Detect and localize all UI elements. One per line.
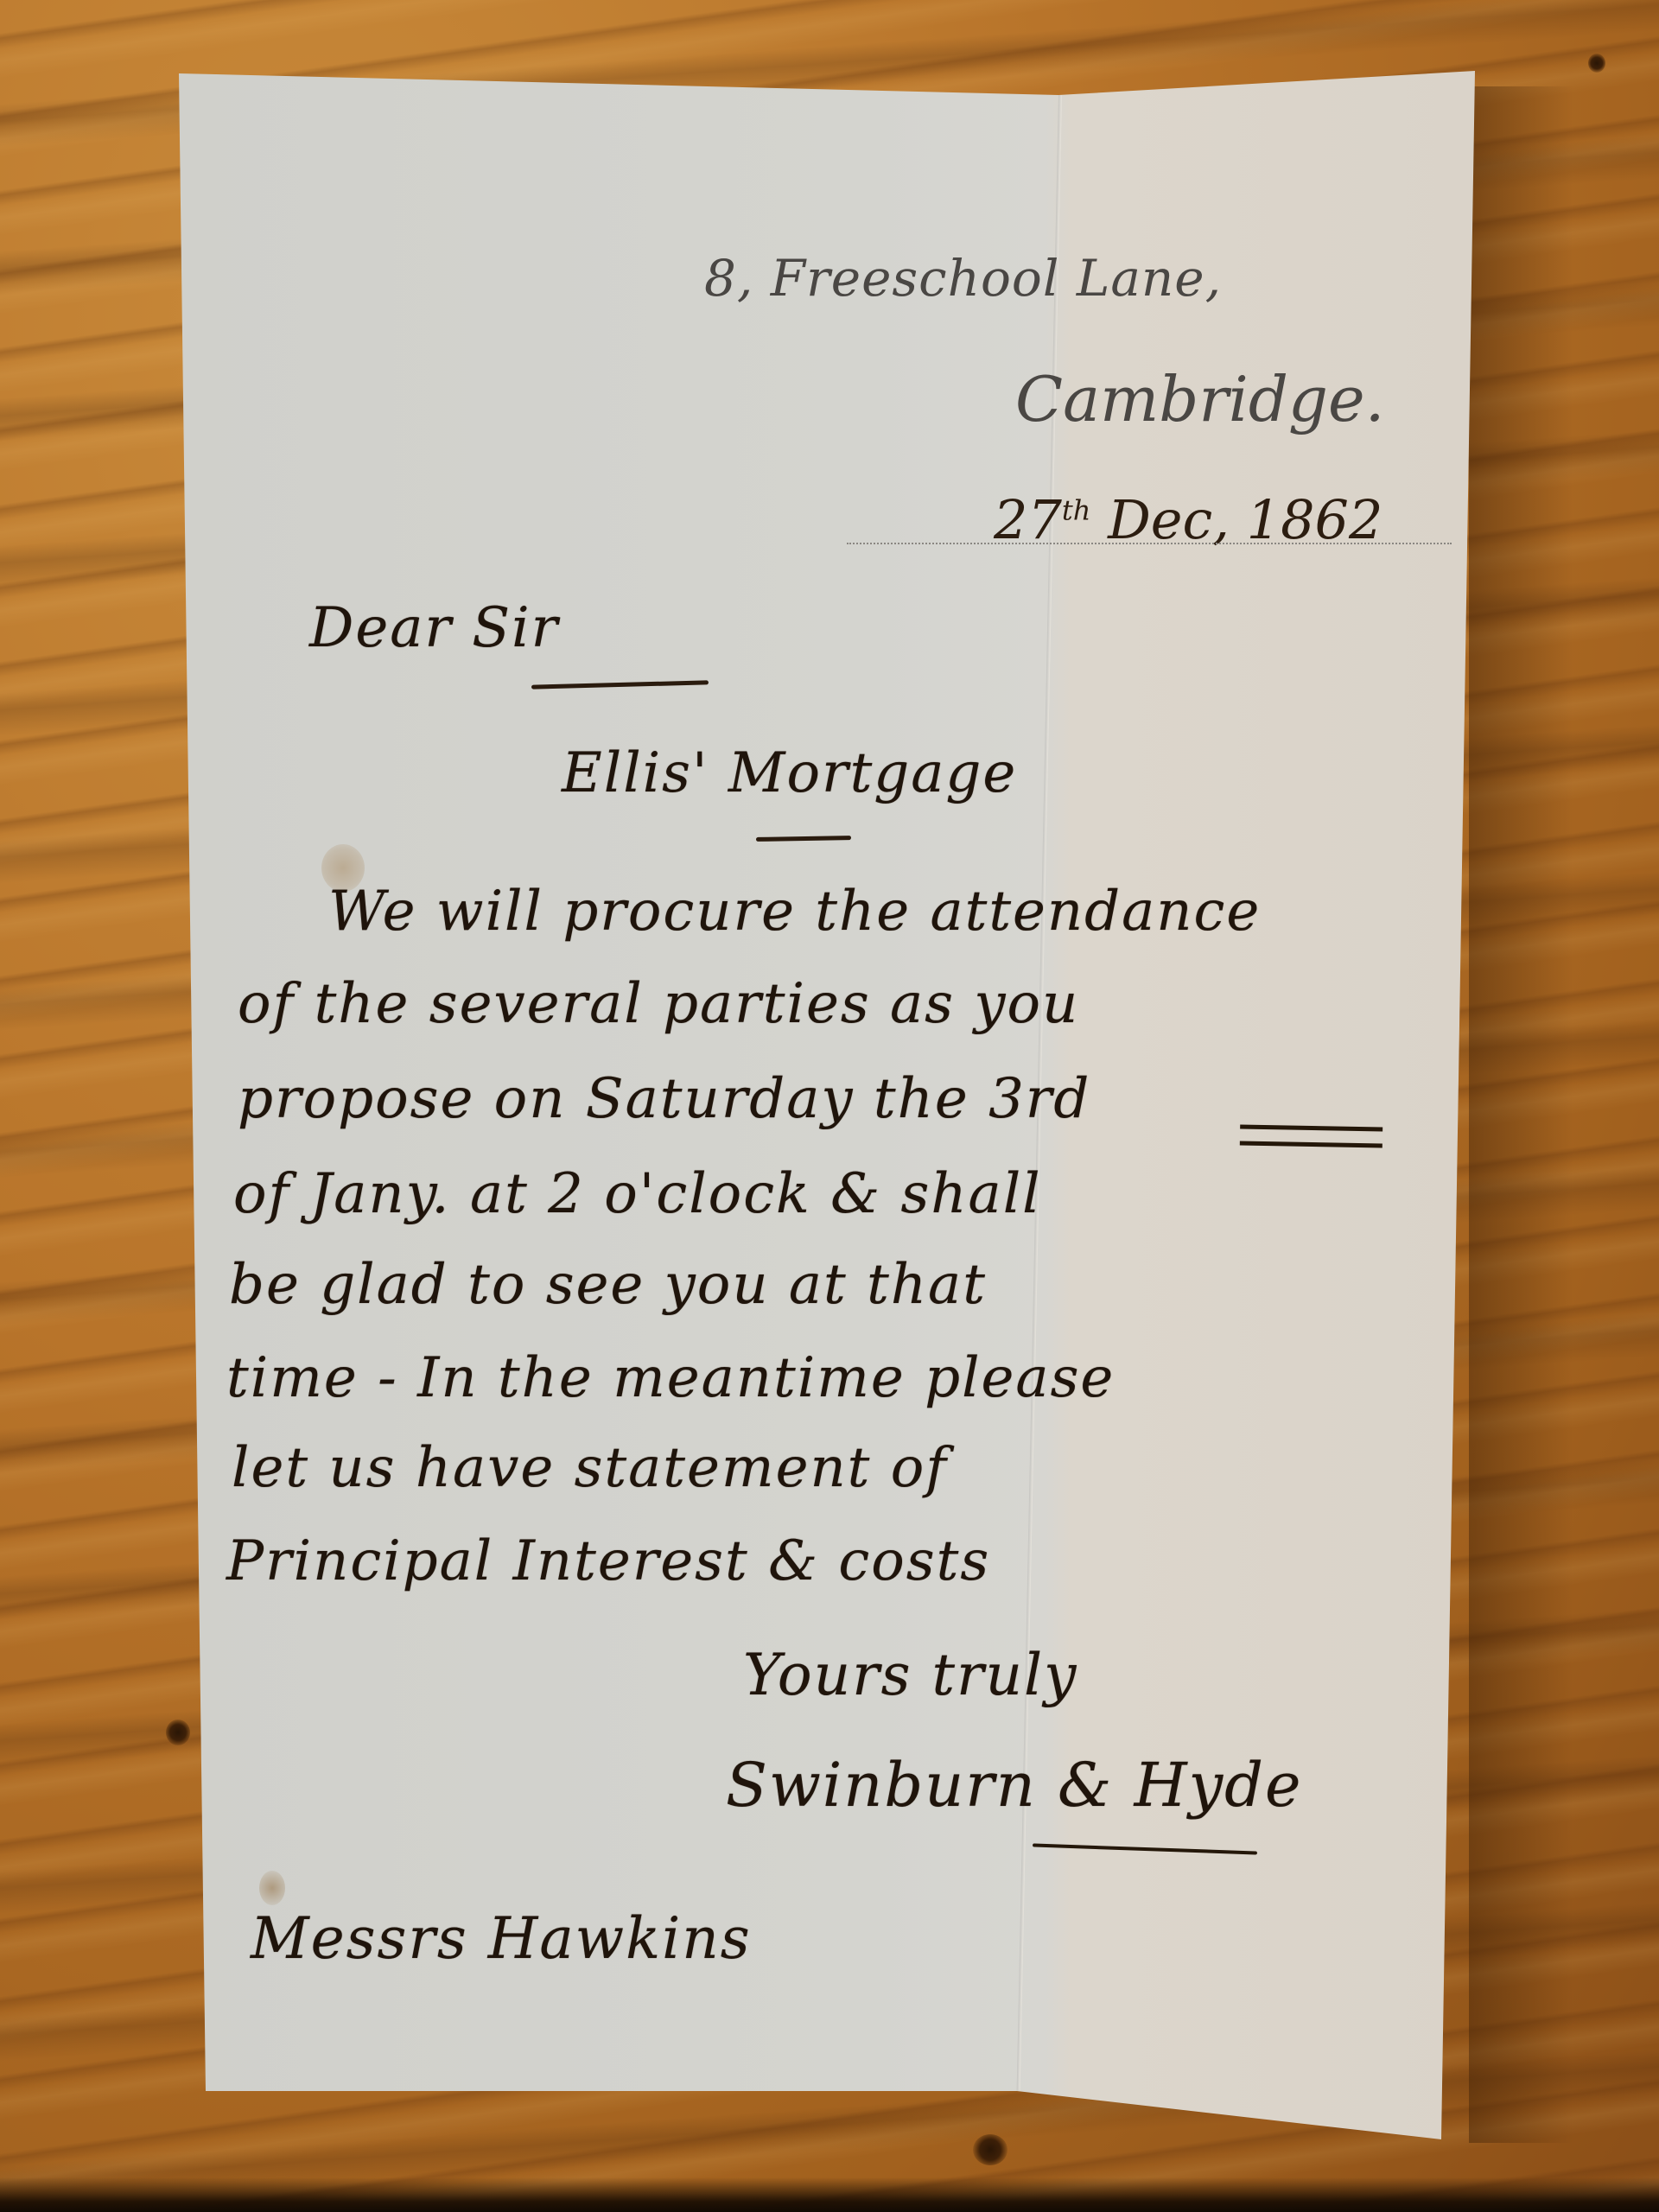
subject-underline	[756, 836, 851, 842]
signature: Swinburn & Hyde	[726, 1750, 1302, 1821]
body-line: time - In the meantime please	[226, 1346, 1115, 1410]
table-edge-shadow	[0, 2177, 1659, 2212]
body-line: We will procure the attendance	[328, 880, 1261, 944]
body-line: Principal Interest & costs	[226, 1529, 990, 1593]
subject-line: Ellis' Mortgage	[562, 741, 1017, 805]
body-line: be glad to see you at that	[229, 1253, 987, 1317]
letter-paper: 8, Freeschool Lane, Cambridge. 27th Dec,…	[0, 0, 1659, 2212]
date-dotted-rule	[847, 543, 1452, 544]
body-line: let us have statement of	[232, 1436, 948, 1500]
letterhead-address: 8, Freeschool Lane,	[704, 249, 1222, 308]
paper-cast-shadow	[1469, 86, 1573, 2143]
wood-knot	[166, 1719, 190, 1745]
body-line: of Jany. at 2 o'clock & shall	[233, 1162, 1042, 1226]
ink-stain	[259, 1871, 285, 1905]
body-line: of the several parties as you	[238, 972, 1079, 1036]
closing: Yours truly	[743, 1642, 1077, 1708]
salutation-underline	[531, 680, 709, 689]
wood-knot	[973, 2134, 1007, 2165]
letterhead-city: Cambridge.	[1015, 363, 1385, 435]
date-day-suffix: th	[1062, 493, 1090, 526]
addressee: Messrs Hawkins	[251, 1905, 752, 1972]
signature-flourish	[1033, 1843, 1257, 1854]
body-line: propose on Saturday the 3rd	[238, 1067, 1090, 1131]
salutation: Dear Sir	[309, 596, 559, 660]
wood-knot	[1588, 54, 1605, 73]
date-double-underline	[1240, 1125, 1382, 1148]
